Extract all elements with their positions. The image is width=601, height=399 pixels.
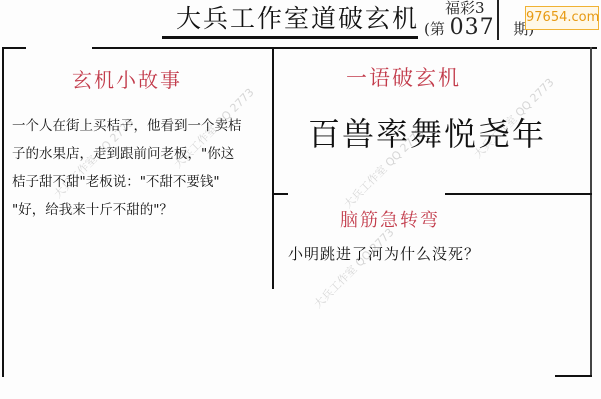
riddle-question: 小明跳进了河为什么没死？: [288, 244, 480, 264]
frame-line: [92, 47, 597, 49]
frame-line: [445, 193, 592, 195]
lottery-clipping-page: 大兵工作室 QQ 2773 大兵工作室 QQ 2773 大兵工作室 QQ 277…: [0, 0, 601, 399]
issue-prefix: (第: [424, 20, 445, 38]
frame-line: [272, 193, 288, 195]
hint-phrase: 百兽率舞悦尧年: [308, 114, 546, 154]
story-line: 一个人在街上买桔子，他看到一个卖桔: [12, 112, 272, 140]
lottery-label: 福彩3: [445, 0, 485, 16]
title-underline: [162, 36, 418, 39]
issue-number: (第 037 期): [424, 18, 534, 39]
frame-line: [272, 47, 274, 289]
story-line: 桔子甜不甜"老板说："不甜不要钱": [12, 168, 272, 196]
frame-line: [555, 375, 592, 377]
frame-line: [2, 47, 26, 49]
story-panel-title: 玄机小故事: [72, 70, 182, 90]
frame-line: [2, 47, 4, 377]
story-line: 子的水果店，走到跟前问老板，"你这: [12, 140, 272, 168]
frame-line: [590, 47, 592, 377]
riddle-panel-title: 脑筋急转弯: [340, 212, 440, 230]
story-text: 一个人在街上买桔子，他看到一个卖桔 子的水果店，走到跟前问老板，"你这 桔子甜不…: [12, 112, 272, 224]
issue-number-value: 037: [450, 15, 495, 40]
main-title: 大兵工作室道破玄机: [176, 4, 419, 34]
site-watermark-badge: 97654.com: [525, 6, 599, 30]
hint-panel-title: 一语破玄机: [346, 68, 461, 89]
story-line: "好，给我来十斤不甜的"？: [12, 196, 272, 224]
watermark: 大兵工作室 QQ 2773: [310, 224, 397, 311]
